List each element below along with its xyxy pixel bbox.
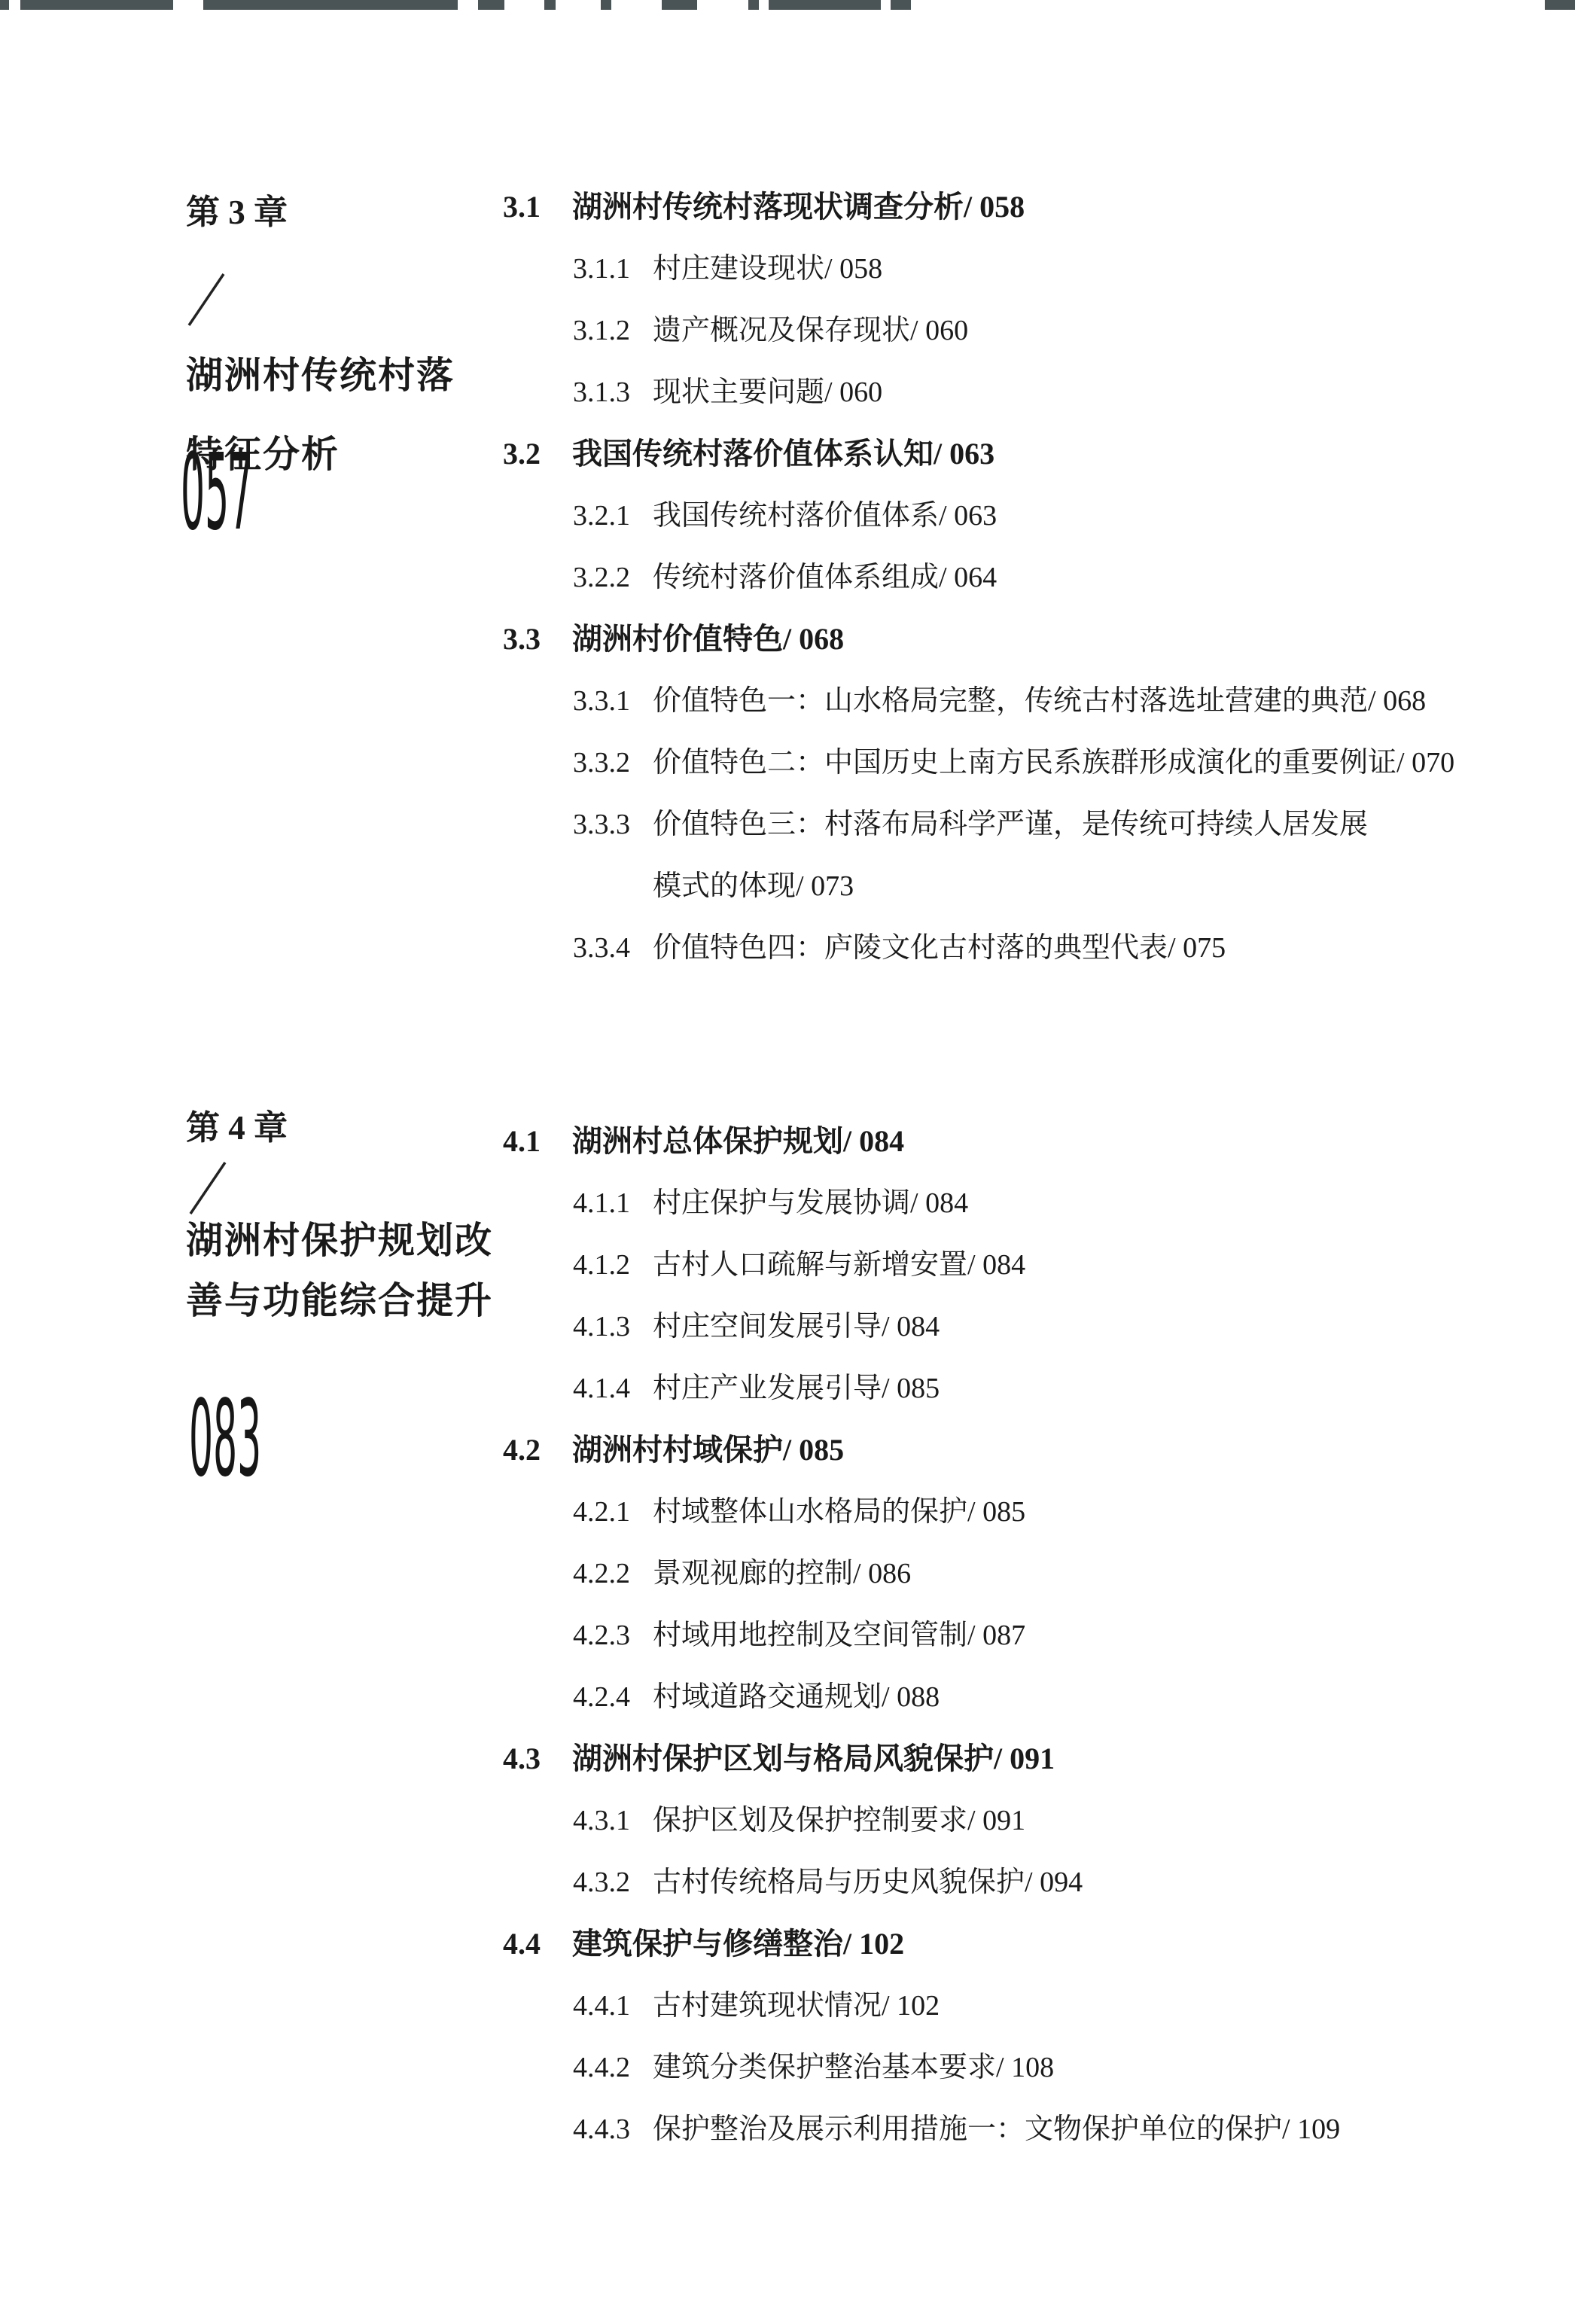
top-edge-artifact-segment [20,0,173,10]
chapter-3-slash-icon [186,271,227,328]
toc-entry: 4.2.4村域道路交通规划 / 088 [503,1678,1596,1740]
toc-entry-title: 我国传统村落价值体系认知 [572,435,934,473]
toc-entry: 3.3.1价值特色一：山水格局完整，传统古村落选址营建的典范 / 068 [503,682,1596,744]
toc-entry-page-ref: / 108 [996,2049,1054,2086]
toc-entry-title: 村庄空间发展引导 [653,1308,882,1345]
toc-entry-page-ref: / 084 [967,1246,1025,1284]
toc-entry-number: 3.1.3 [573,373,653,411]
toc-entry: 4.2.2景观视廊的控制 / 086 [503,1555,1596,1617]
chapter-4-slash-icon [187,1159,228,1217]
top-edge-artifact-segment [769,0,881,10]
chapter-4-label: 第 4 章 [186,1108,288,1147]
toc-entry: 4.4.1古村建筑现状情况 / 102 [503,1987,1596,2049]
toc-entry-title: 保护区划及保护控制要求 [653,1802,967,1839]
toc-entry: 3.3.2价值特色二：中国历史上南方民系族群形成演化的重要例证 / 070 [503,744,1596,806]
toc-entry-title: 古村人口疏解与新增安置 [653,1246,967,1284]
toc-entry-number: 3.1.1 [573,250,653,288]
toc-entry-page-ref: / 075 [1168,929,1226,967]
toc-entry: 4.2.1村域整体山水格局的保护 / 085 [503,1493,1596,1555]
toc-entry-number: 4.1.1 [573,1184,653,1222]
toc-entry-title: 湖洲村价值特色 [572,620,783,658]
toc-entry-title: 湖洲村村域保护 [572,1431,783,1469]
toc-entry-number: 4.4.3 [573,2110,653,2148]
toc-entry-title: 传统村落价值体系组成 [653,559,939,596]
toc-entry: 4.4.2建筑分类保护整治基本要求 / 108 [503,2049,1596,2110]
toc-entry-page-ref: / 094 [1025,1863,1083,1901]
toc-entry-page-ref: / 060 [910,312,968,349]
toc-entry-page-ref: / 073 [796,867,854,905]
toc-entry-page-ref: / 091 [967,1802,1025,1839]
toc-entry-page-ref: / 085 [967,1493,1025,1531]
toc-entry-page-ref: / 102 [843,1925,904,1963]
toc-entry-title: 景观视廊的控制 [653,1555,853,1592]
top-edge-artifact-segment [0,0,9,10]
toc-entry-page-ref: / 063 [939,497,997,535]
toc-entry-title: 遗产概况及保存现状 [653,312,910,349]
toc-entry-number: 4.1.2 [573,1246,653,1284]
toc-entry: 4.1.2古村人口疏解与新增安置 / 084 [503,1246,1596,1308]
toc-entry-title: 古村传统格局与历史风貌保护 [653,1863,1025,1901]
toc-entry-page-ref: / 068 [783,620,844,658]
toc-entry-number: 4.2.3 [573,1617,653,1654]
toc-entry-number: 3.1 [503,188,572,226]
toc-entry-page-ref: / 058 [824,250,882,288]
toc-entry-number: 4.1.3 [573,1308,653,1345]
toc-entry-page-ref: / 086 [853,1555,911,1592]
toc-entry-number: 4.2 [503,1431,572,1469]
toc-entry: 4.3.1保护区划及保护控制要求 / 091 [503,1802,1596,1863]
chapter-4-title-line-1: 湖洲村保护规划改 [186,1219,493,1263]
toc-entry-title: 村庄建设现状 [653,250,824,288]
toc-entry-page-ref: / 085 [783,1431,844,1469]
toc-entry-page-ref: / 058 [964,188,1025,226]
chapter-4-title-line-2: 善与功能综合提升 [186,1279,493,1323]
toc-entry-number: 4.4.1 [573,1987,653,2025]
toc-entry-number: 3.2.1 [573,497,653,535]
top-edge-artifact-segment [891,0,911,10]
toc-entry-number: 4.2.4 [573,1678,653,1716]
toc-entry: 4.2.3村域用地控制及空间管制 / 087 [503,1617,1596,1678]
toc-entry: 4.4建筑保护与修缮整治 / 102 [503,1925,1596,1987]
toc-entry-page-ref: / 063 [934,435,994,473]
toc-entry-title: 湖洲村保护区划与格局风貌保护 [572,1740,994,1778]
toc-entry-title: 我国传统村落价值体系 [653,497,939,535]
toc-entry-title: 湖洲村总体保护规划 [572,1123,843,1160]
toc-entry: 4.4.3保护整治及展示利用措施一：文物保护单位的保护 / 109 [503,2110,1596,2172]
toc-entry-number: 4.3 [503,1740,572,1778]
toc-entry-title: 村域用地控制及空间管制 [653,1617,967,1654]
toc-entry-title: 村域道路交通规划 [653,1678,882,1716]
top-edge-artifact-segment [662,0,697,10]
toc-entry-page-ref: / 064 [939,559,997,596]
toc-entry: 3.1.1村庄建设现状 / 058 [503,250,1596,312]
toc-entry-number: 4.3.1 [573,1802,653,1839]
toc-entry-title: 建筑分类保护整治基本要求 [653,2049,996,2086]
toc-entry: 4.1湖洲村总体保护规划 / 084 [503,1123,1596,1184]
toc-entry-number: 4.2.2 [573,1555,653,1592]
toc-entry-number: 3.2.2 [573,559,653,596]
chapter-3-toc: 3.1湖洲村传统村落现状调查分析 / 0583.1.1村庄建设现状 / 0583… [503,188,1596,991]
top-edge-artifact-segment [203,0,458,10]
toc-entry-continuation: 模式的体现 / 073 [503,867,1596,929]
top-edge-artifact-segment [478,0,504,10]
toc-entry: 3.3湖洲村价值特色 / 068 [503,620,1596,682]
toc-entry-title: 保护整治及展示利用措施一：文物保护单位的保护 [653,2110,1282,2148]
toc-entry-title: 建筑保护与修缮整治 [572,1925,843,1963]
toc-entry-title: 价值特色一：山水格局完整，传统古村落选址营建的典范 [653,682,1368,720]
toc-entry-number: 3.1.2 [573,312,653,349]
toc-entry-title: 价值特色三：村落布局科学严谨，是传统可持续人居发展 [653,806,1368,843]
toc-entry: 4.1.1村庄保护与发展协调 / 084 [503,1184,1596,1246]
toc-entry-number: 4.1.4 [573,1370,653,1407]
toc-entry-page-ref: / 102 [882,1987,940,2025]
chapter-4-toc: 4.1湖洲村总体保护规划 / 0844.1.1村庄保护与发展协调 / 0844.… [503,1123,1596,2172]
toc-entry-page-ref: / 091 [994,1740,1055,1778]
toc-entry-page-ref: / 085 [882,1370,940,1407]
toc-entry-title: 模式的体现 [653,867,796,905]
toc-entry-number: 4.4 [503,1925,572,1963]
toc-entry: 4.1.3村庄空间发展引导 / 084 [503,1308,1596,1370]
toc-entry-title: 村域整体山水格局的保护 [653,1493,967,1531]
toc-entry: 3.2.2传统村落价值体系组成 / 064 [503,559,1596,620]
toc-entry-title: 价值特色四：庐陵文化古村落的典型代表 [653,929,1168,967]
toc-entry: 3.3.3价值特色三：村落布局科学严谨，是传统可持续人居发展 [503,806,1596,867]
top-edge-artifact-segment [748,0,759,10]
toc-entry: 3.2.1我国传统村落价值体系 / 063 [503,497,1596,559]
top-edge-artifact-segment [1545,0,1575,10]
chapter-4-start-page-number: 083 [189,1401,261,1478]
toc-entry-page-ref: / 087 [967,1617,1025,1654]
chapter-3-title-line-1: 湖洲村传统村落 [186,354,455,398]
toc-entry-number: 3.2 [503,435,572,473]
toc-entry-title: 现状主要问题 [653,373,824,411]
toc-entry-page-ref: / 088 [882,1678,940,1716]
toc-entry-page-ref: / 109 [1282,2110,1340,2148]
toc-entry-page-ref: / 060 [824,373,882,411]
toc-entry: 3.2我国传统村落价值体系认知 / 063 [503,435,1596,497]
toc-entry-title: 村庄产业发展引导 [653,1370,882,1407]
toc-entry-title: 村庄保护与发展协调 [653,1184,910,1222]
toc-entry-page-ref: / 070 [1396,744,1454,782]
toc-entry-page-ref: / 084 [910,1184,968,1222]
toc-entry-title: 古村建筑现状情况 [653,1987,882,2025]
chapter-3-label: 第 3 章 [186,193,288,232]
toc-entry-page-ref: / 068 [1368,682,1426,720]
toc-entry-number: 4.1 [503,1123,572,1160]
toc-entry-title: 湖洲村传统村落现状调查分析 [572,188,964,226]
toc-entry: 4.2湖洲村村域保护 / 085 [503,1431,1596,1493]
top-edge-artifact-segment [601,0,611,10]
toc-entry: 3.1湖洲村传统村落现状调查分析 / 058 [503,188,1596,250]
toc-entry: 4.1.4村庄产业发展引导 / 085 [503,1370,1596,1431]
toc-scan-page: 第 3 章 湖洲村传统村落 特征分析 057 3.1湖洲村传统村落现状调查分析 … [0,0,1596,2319]
toc-entry-number: 3.3.3 [573,806,653,843]
toc-entry-number: 4.3.2 [573,1863,653,1901]
chapter-3-start-page-number: 057 [181,455,253,532]
toc-entry-page-ref: / 084 [882,1308,940,1345]
toc-entry-number: 3.3.1 [573,682,653,720]
toc-entry-number: 4.2.1 [573,1493,653,1531]
toc-entry: 3.1.3现状主要问题 / 060 [503,373,1596,435]
toc-entry: 4.3.2古村传统格局与历史风貌保护 / 094 [503,1863,1596,1925]
toc-entry-number: 3.3.2 [573,744,653,782]
toc-entry-page-ref: / 084 [843,1123,904,1160]
toc-entry: 4.3湖洲村保护区划与格局风貌保护 / 091 [503,1740,1596,1802]
toc-entry: 3.1.2遗产概况及保存现状 / 060 [503,312,1596,373]
toc-entry: 3.3.4价值特色四：庐陵文化古村落的典型代表 / 075 [503,929,1596,991]
toc-entry-title: 价值特色二：中国历史上南方民系族群形成演化的重要例证 [653,744,1396,782]
toc-entry-number: 3.3 [503,620,572,658]
toc-entry-number: 3.3.4 [573,929,653,967]
top-edge-artifact-segment [544,0,556,10]
toc-entry-number: 4.4.2 [573,2049,653,2086]
